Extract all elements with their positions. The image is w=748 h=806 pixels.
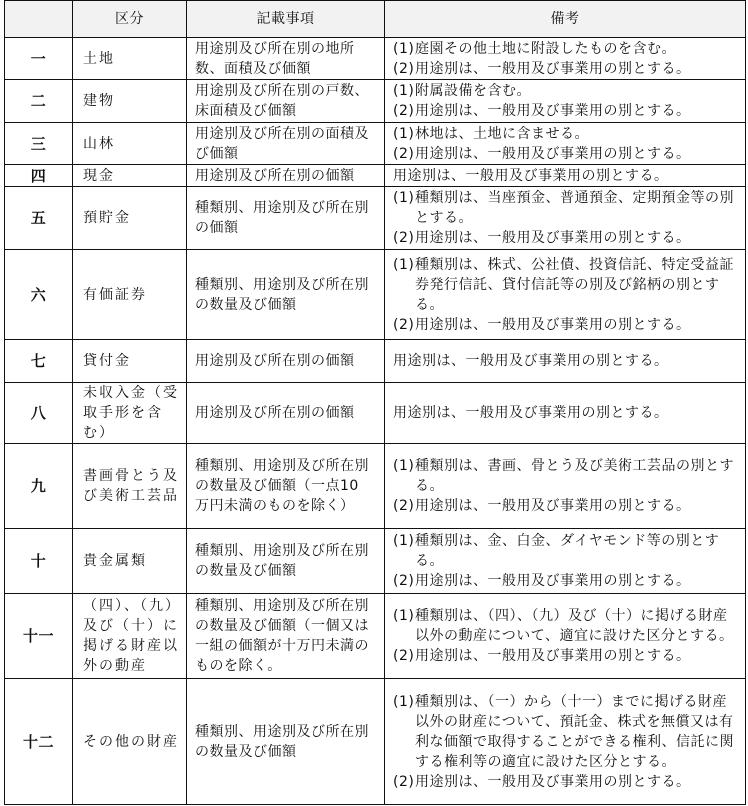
- row-biko: (1)種類別は、当座預金、普通預金、定期預金等の別とする。(2)用途別は、一般用…: [385, 187, 746, 250]
- biko-note: 用途別は、一般用及び事業用の別とする。: [393, 403, 741, 423]
- note-text: 用途別は、一般用及び事業用の別とする。: [415, 61, 691, 77]
- note-marker: (2): [393, 646, 415, 666]
- row-biko: (1)庭園その他土地に附設したものを含む。(2)用途別は、一般用及び事業用の別と…: [385, 38, 746, 80]
- note-text: 用途別は、一般用及び事業用の別とする。: [415, 648, 691, 664]
- note-text: 用途別は、一般用及び事業用の別とする。: [415, 573, 691, 589]
- row-kisai: 種類別、用途別及び所在別の価額: [187, 187, 385, 250]
- row-kisai: 用途別及び所在別の価額: [187, 340, 385, 383]
- row-kisai: 用途別及び所在別の戸数、床面積及び価額: [187, 80, 385, 123]
- row-kubun: 建物: [73, 80, 187, 123]
- biko-note: (2)用途別は、一般用及び事業用の別とする。: [393, 496, 741, 516]
- row-kisai: 種類別、用途別及び所在別の数量及び価額: [187, 529, 385, 594]
- row-kubun: 預貯金: [73, 187, 187, 250]
- note-marker: (1): [393, 456, 415, 476]
- header-biko: 備考: [385, 1, 746, 38]
- biko-note: (1)種類別は、書画、骨とう及び美術工芸品の別とする。: [393, 456, 741, 496]
- row-biko: (1)林地は、土地に含ませる。(2)用途別は、一般用及び事業用の別とする。: [385, 123, 746, 165]
- row-number: 十二: [5, 679, 73, 805]
- note-marker: (2): [393, 571, 415, 591]
- row-kubun: 貸付金: [73, 340, 187, 383]
- row-number: 三: [5, 123, 73, 165]
- table-row: 一土地用途別及び所在別の地所数、面積及び価額(1)庭園その他土地に附設したものを…: [5, 38, 746, 80]
- note-marker: (2): [393, 496, 415, 516]
- row-kubun: その他の財産: [73, 679, 187, 805]
- header-kisai: 記載事項: [187, 1, 385, 38]
- biko-note: (2)用途別は、一般用及び事業用の別とする。: [393, 59, 741, 79]
- note-marker: (1): [393, 255, 415, 275]
- note-text: 林地は、土地に含ませる。: [415, 126, 589, 142]
- note-text: 用途別は、一般用及び事業用の別とする。: [415, 146, 691, 162]
- note-text: 種類別は、当座預金、普通預金、定期預金等の別とする。: [415, 190, 734, 226]
- biko-note: (1)種類別は、金、白金、ダイヤモンド等の別とする。: [393, 531, 741, 571]
- biko-note: (1)種類別は、（四）、（九）及び（十）に掲げる財産以外の動産について、適宜に設…: [393, 606, 741, 646]
- note-text: 種類別は、金、白金、ダイヤモンド等の別とする。: [415, 533, 719, 569]
- note-text: 用途別は、一般用及び事業用の別とする。: [415, 774, 691, 790]
- note-marker: (2): [393, 59, 415, 79]
- row-kisai: 種類別、用途別及び所在別の数量及び価額（一点10 万円未満のものを除く）: [187, 444, 385, 529]
- biko-note: (1)庭園その他土地に附設したものを含む。: [393, 39, 741, 59]
- biko-note: (2)用途別は、一般用及び事業用の別とする。: [393, 228, 741, 248]
- biko-note: (1)種類別は、株式、公社債、投資信託、特定受益証券発行信託、貸付信託等の別及び…: [393, 255, 741, 315]
- note-text: 用途別は、一般用及び事業用の別とする。: [393, 353, 669, 369]
- biko-note: (1)林地は、土地に含ませる。: [393, 124, 741, 144]
- table-row: 五預貯金種類別、用途別及び所在別の価額(1)種類別は、当座預金、普通預金、定期預…: [5, 187, 746, 250]
- row-kisai: 種類別、用途別及び所在別の数量及び価額: [187, 250, 385, 340]
- note-marker: (2): [393, 228, 415, 248]
- row-biko: 用途別は、一般用及び事業用の別とする。: [385, 340, 746, 383]
- note-marker: (1): [393, 39, 415, 59]
- biko-note: (2)用途別は、一般用及び事業用の別とする。: [393, 571, 741, 591]
- row-biko: (1)種類別は、株式、公社債、投資信託、特定受益証券発行信託、貸付信託等の別及び…: [385, 250, 746, 340]
- note-marker: (2): [393, 772, 415, 792]
- biko-note: (1)種類別は、当座預金、普通預金、定期預金等の別とする。: [393, 188, 741, 228]
- biko-note: (2)用途別は、一般用及び事業用の別とする。: [393, 315, 741, 335]
- note-text: 用途別は、一般用及び事業用の別とする。: [415, 230, 691, 246]
- row-biko: (1)種類別は、（四）、（九）及び（十）に掲げる財産以外の動産について、適宜に設…: [385, 594, 746, 679]
- property-classification-table: 区分 記載事項 備考 一土地用途別及び所在別の地所数、面積及び価額(1)庭園その…: [4, 0, 746, 805]
- note-marker: (1): [393, 188, 415, 208]
- table-row: 九書画骨とう及び美術工芸品種類別、用途別及び所在別の数量及び価額（一点10 万円…: [5, 444, 746, 529]
- row-number: 十: [5, 529, 73, 594]
- table-body: 一土地用途別及び所在別の地所数、面積及び価額(1)庭園その他土地に附設したものを…: [5, 38, 746, 805]
- note-marker: (1): [393, 531, 415, 551]
- row-number: 八: [5, 383, 73, 444]
- table-row: 三山林用途別及び所在別の面積及び価額(1)林地は、土地に含ませる。(2)用途別は…: [5, 123, 746, 165]
- row-number: 十一: [5, 594, 73, 679]
- row-kubun: 貴金属類: [73, 529, 187, 594]
- row-number: 五: [5, 187, 73, 250]
- note-text: 用途別は、一般用及び事業用の別とする。: [415, 498, 691, 514]
- header-number: [5, 1, 73, 38]
- note-text: 種類別は、（一）から（十一）までに掲げる財産以外の財産について、預託金、株式を無…: [415, 694, 734, 770]
- row-biko: 用途別は、一般用及び事業用の別とする。: [385, 165, 746, 187]
- biko-note: (1)種類別は、（一）から（十一）までに掲げる財産以外の財産について、預託金、株…: [393, 692, 741, 772]
- note-marker: (1): [393, 606, 415, 626]
- note-text: 用途別は、一般用及び事業用の別とする。: [415, 317, 691, 333]
- note-text: 附属設備を含む。: [415, 83, 531, 99]
- note-text: 用途別は、一般用及び事業用の別とする。: [393, 405, 669, 421]
- note-text: 種類別は、株式、公社債、投資信託、特定受益証券発行信託、貸付信託等の別及び銘柄の…: [415, 257, 734, 313]
- note-text: 種類別は、（四）、（九）及び（十）に掲げる財産以外の動産について、適宜に設けた区…: [415, 608, 733, 644]
- biko-note: (2)用途別は、一般用及び事業用の別とする。: [393, 646, 741, 666]
- note-marker: (2): [393, 144, 415, 164]
- row-kubun: 有価証券: [73, 250, 187, 340]
- table-row: 六有価証券種類別、用途別及び所在別の数量及び価額(1)種類別は、株式、公社債、投…: [5, 250, 746, 340]
- note-text: 用途別は、一般用及び事業用の別とする。: [393, 168, 669, 184]
- header-kubun: 区分: [73, 1, 187, 38]
- biko-note: (2)用途別は、一般用及び事業用の別とする。: [393, 144, 741, 164]
- row-kubun: 山林: [73, 123, 187, 165]
- biko-note: (1)附属設備を含む。: [393, 81, 741, 101]
- table-row: 十二その他の財産種類別、用途別及び所在別の数量及び価額(1)種類別は、（一）から…: [5, 679, 746, 805]
- row-number: 七: [5, 340, 73, 383]
- table-row: 四現金用途別及び所在別の価額用途別は、一般用及び事業用の別とする。: [5, 165, 746, 187]
- row-kubun: 未収入金（受取手形を含む）: [73, 383, 187, 444]
- row-kubun: （四）、（九）及び（十）に掲げる財産以外の動産: [73, 594, 187, 679]
- note-marker: (1): [393, 81, 415, 101]
- biko-note: 用途別は、一般用及び事業用の別とする。: [393, 166, 741, 186]
- table-row: 八未収入金（受取手形を含む）用途別及び所在別の価額用途別は、一般用及び事業用の別…: [5, 383, 746, 444]
- biko-note: 用途別は、一般用及び事業用の別とする。: [393, 351, 741, 371]
- row-biko: (1)種類別は、金、白金、ダイヤモンド等の別とする。(2)用途別は、一般用及び事…: [385, 529, 746, 594]
- table-row: 二建物用途別及び所在別の戸数、床面積及び価額(1)附属設備を含む。(2)用途別は…: [5, 80, 746, 123]
- note-text: 種類別は、書画、骨とう及び美術工芸品の別とする。: [415, 458, 734, 494]
- row-number: 四: [5, 165, 73, 187]
- biko-note: (2)用途別は、一般用及び事業用の別とする。: [393, 101, 741, 121]
- row-number: 二: [5, 80, 73, 123]
- row-number: 六: [5, 250, 73, 340]
- note-marker: (1): [393, 692, 415, 712]
- biko-note: (2)用途別は、一般用及び事業用の別とする。: [393, 772, 741, 792]
- row-biko: (1)附属設備を含む。(2)用途別は、一般用及び事業用の別とする。: [385, 80, 746, 123]
- row-kisai: 種類別、用途別及び所在別の数量及び価額: [187, 679, 385, 805]
- note-marker: (1): [393, 124, 415, 144]
- row-kisai: 用途別及び所在別の価額: [187, 165, 385, 187]
- row-biko: (1)種類別は、（一）から（十一）までに掲げる財産以外の財産について、預託金、株…: [385, 679, 746, 805]
- row-kisai: 種類別、用途別及び所在別の数量及び価額（一個又は一組の価額が十万円未満のものを除…: [187, 594, 385, 679]
- table-row: 七貸付金用途別及び所在別の価額用途別は、一般用及び事業用の別とする。: [5, 340, 746, 383]
- table-row: 十一（四）、（九）及び（十）に掲げる財産以外の動産種類別、用途別及び所在別の数量…: [5, 594, 746, 679]
- row-kisai: 用途別及び所在別の面積及び価額: [187, 123, 385, 165]
- row-kubun: 土地: [73, 38, 187, 80]
- row-kisai: 用途別及び所在別の地所数、面積及び価額: [187, 38, 385, 80]
- row-biko: 用途別は、一般用及び事業用の別とする。: [385, 383, 746, 444]
- table-row: 十貴金属類種類別、用途別及び所在別の数量及び価額(1)種類別は、金、白金、ダイヤ…: [5, 529, 746, 594]
- note-text: 庭園その他土地に附設したものを含む。: [415, 41, 676, 57]
- note-marker: (2): [393, 101, 415, 121]
- note-marker: (2): [393, 315, 415, 335]
- row-kubun: 書画骨とう及び美術工芸品: [73, 444, 187, 529]
- row-biko: (1)種類別は、書画、骨とう及び美術工芸品の別とする。(2)用途別は、一般用及び…: [385, 444, 746, 529]
- row-kubun: 現金: [73, 165, 187, 187]
- note-text: 用途別は、一般用及び事業用の別とする。: [415, 103, 691, 119]
- header-row: 区分 記載事項 備考: [5, 1, 746, 38]
- row-number: 九: [5, 444, 73, 529]
- row-kisai: 用途別及び所在別の価額: [187, 383, 385, 444]
- row-number: 一: [5, 38, 73, 80]
